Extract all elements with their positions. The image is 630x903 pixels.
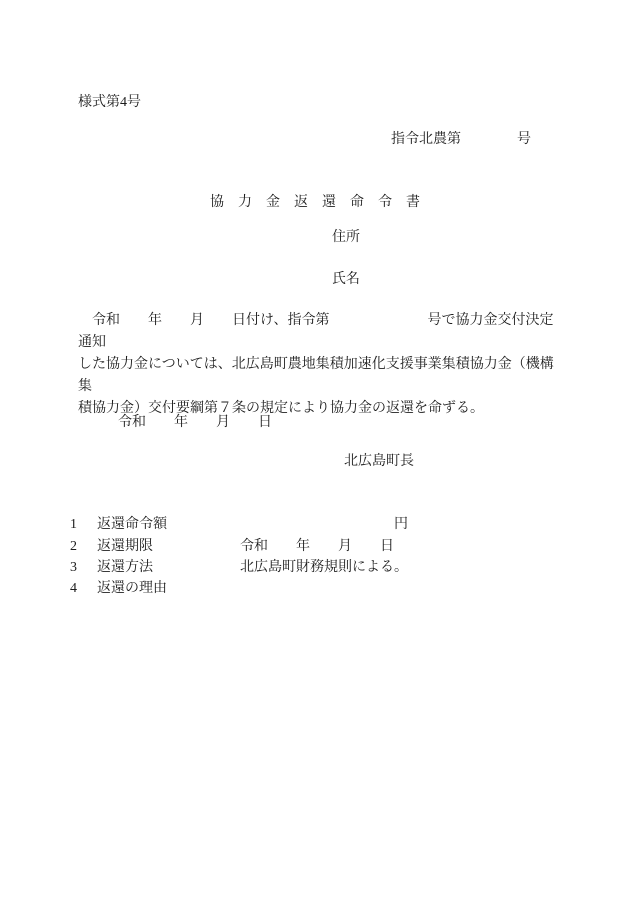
item-number: 1 — [70, 515, 97, 535]
body-line: 令和 年 月 日付け、指令第 号で協力金交付決定通知 — [78, 310, 560, 354]
directive-number-line: 指令北農第 号 — [0, 130, 630, 150]
item-number: 4 — [70, 579, 97, 599]
item-label: 返還命令額 — [97, 515, 240, 535]
document-title: 協 力 金 返 還 命 令 書 — [0, 193, 630, 213]
form-number: 様式第4号 — [78, 93, 141, 113]
item-label: 返還方法 — [97, 558, 240, 578]
list-item-return-amount: 1 返還命令額 円 — [0, 515, 630, 535]
address-label: 住所 — [332, 228, 360, 248]
item-value: 北広島町財務規則による。 — [240, 558, 408, 578]
issuer-name: 北広島町長 — [344, 452, 414, 472]
item-value: 円 — [240, 515, 408, 535]
list-item-return-method: 3 返還方法 北広島町財務規則による。 — [0, 558, 630, 578]
document-page: 様式第4号 指令北農第 号 協 力 金 返 還 命 令 書 住所 氏名 令和 年… — [0, 0, 630, 903]
item-value: 令和 年 月 日 — [240, 537, 394, 557]
item-number: 2 — [70, 537, 97, 557]
issue-date-line: 令和 年 月 日 — [118, 413, 272, 433]
item-label: 返還期限 — [97, 537, 240, 557]
name-label: 氏名 — [332, 270, 360, 290]
item-number: 3 — [70, 558, 97, 578]
body-line: した協力金については、北広島町農地集積加速化支援事業集積協力金（機構集 — [78, 354, 560, 398]
item-label: 返還の理由 — [97, 579, 240, 599]
body-paragraph: 令和 年 月 日付け、指令第 号で協力金交付決定通知 した協力金については、北広… — [78, 310, 560, 420]
list-item-return-reason: 4 返還の理由 — [0, 579, 630, 599]
list-item-return-deadline: 2 返還期限 令和 年 月 日 — [0, 537, 630, 557]
